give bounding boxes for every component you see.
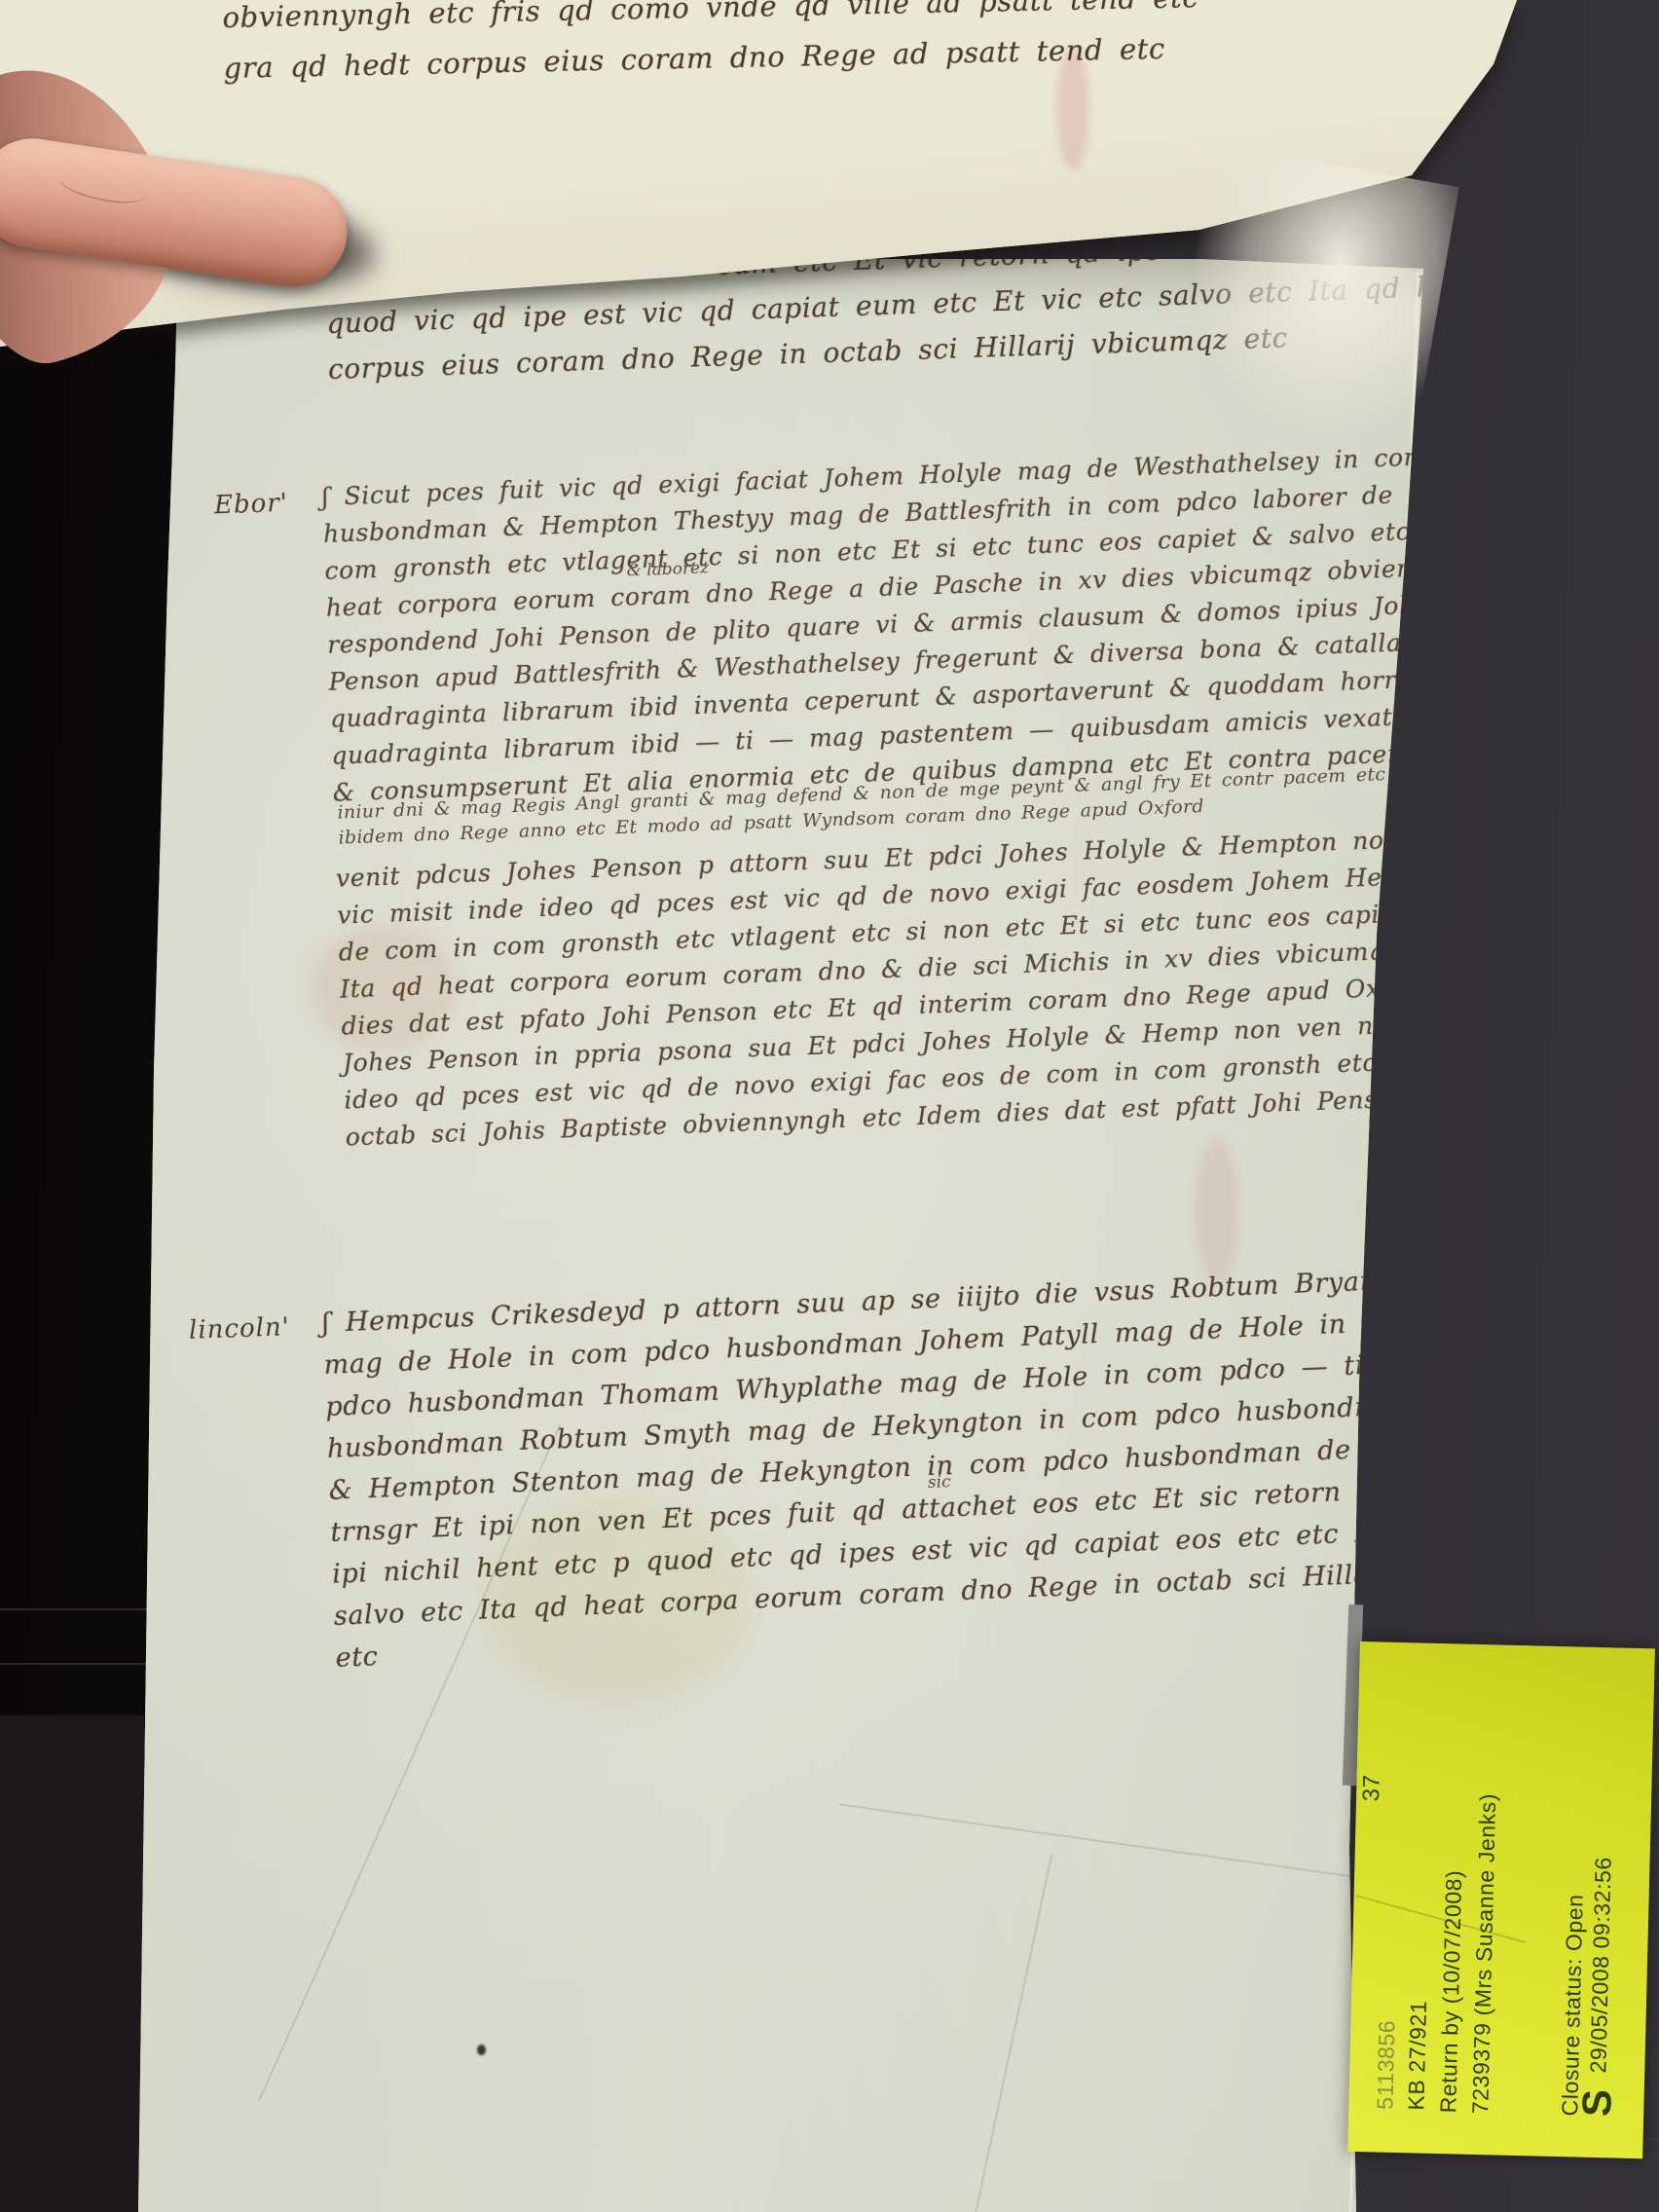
- table-panel: [0, 1715, 144, 2212]
- label-stamp-line: S29/05/2008 09:32:56: [1582, 1857, 1623, 2118]
- stain: [1196, 1139, 1238, 1285]
- manuscript-entry: ʃ Hempcus Crikesdeyd p attorn suu ap se …: [321, 1254, 1554, 1679]
- label-reader: 7239379 (Mrs Susanne Jenks): [1467, 1792, 1501, 2114]
- label-reference: KB 27/921: [1403, 2000, 1432, 2110]
- photograph-of-plea-roll: Ebor' Ebor' lincoln' ʃ Wiltts worley p a…: [0, 0, 1659, 2212]
- label-sheet-number: 37: [1358, 1774, 1386, 1802]
- label-stamp-letter: S: [1573, 2088, 1620, 2118]
- archive-label-face: 37 5113856 KB 27/921 Return by (10/07/20…: [1347, 1641, 1655, 2158]
- ink-spot: [477, 2045, 486, 2055]
- table-seam: [0, 1663, 156, 1665]
- label-return-by: Return by (10/07/2008): [1435, 1869, 1467, 2113]
- hand: [0, 0, 467, 409]
- label-barcode-number: 5113856: [1372, 2019, 1400, 2110]
- manuscript-entry-continued: venit pdcus Johes Penson p attorn suu Et…: [335, 812, 1653, 1156]
- interlinear-addition: sic: [928, 1472, 951, 1493]
- archive-label: 37 5113856 KB 27/921 Return by (10/07/20…: [1347, 1641, 1655, 2158]
- marginal-county-note: Ebor': [213, 489, 288, 521]
- table-seam: [0, 1608, 161, 1610]
- crease: [975, 1854, 1053, 2212]
- manuscript-entry: ʃ Sicut pces fuit vic qd exigi faciat Jo…: [321, 427, 1659, 811]
- marginal-county-note: lincoln': [189, 1312, 291, 1346]
- crease: [839, 1803, 1360, 1878]
- interlinear-addition: & laborez: [626, 558, 709, 580]
- parchment-fold-curl: [1168, 144, 1458, 448]
- label-timestamp: 29/05/2008 09:32:56: [1585, 1857, 1615, 2074]
